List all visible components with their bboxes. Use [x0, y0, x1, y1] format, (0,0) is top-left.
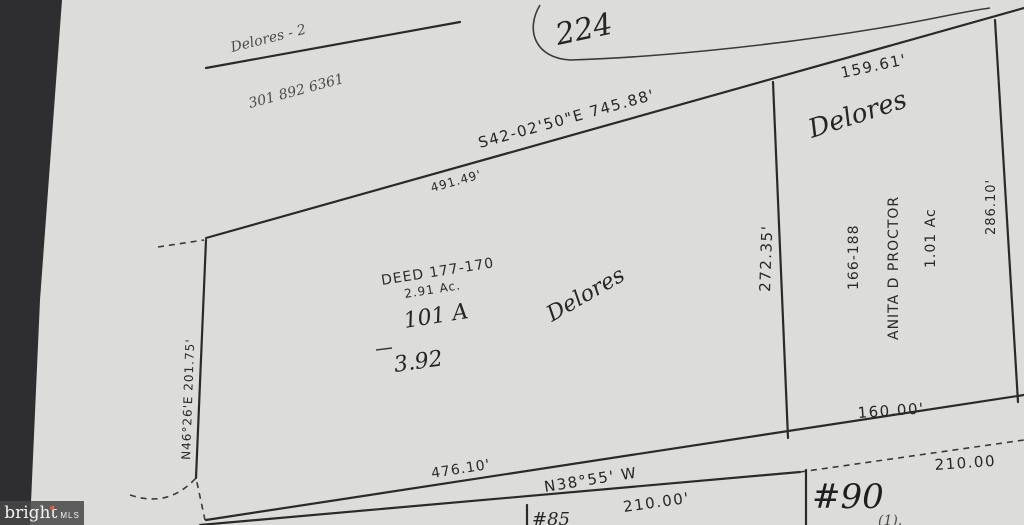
watermark-suffix: MLS — [60, 511, 79, 520]
lot-right-note: (1). — [878, 513, 902, 525]
lot-right-label: #90 — [812, 477, 884, 517]
main-right-length: 272.35' — [756, 224, 776, 292]
watermark-accent-dot — [50, 506, 54, 510]
right-side-length: 286.10' — [984, 179, 999, 235]
brightmls-watermark: bright MLS — [0, 501, 84, 525]
plat-document-photo: Delores - 2 301 892 6361 224 S42-02'50"E… — [0, 0, 1024, 525]
right-owner-name: ANITA D PROCTOR — [886, 196, 902, 340]
lot-left-label: #85 — [532, 509, 570, 525]
right-deed: 166-188 — [846, 225, 862, 291]
right-acreage: 1.01 Ac — [923, 208, 939, 268]
